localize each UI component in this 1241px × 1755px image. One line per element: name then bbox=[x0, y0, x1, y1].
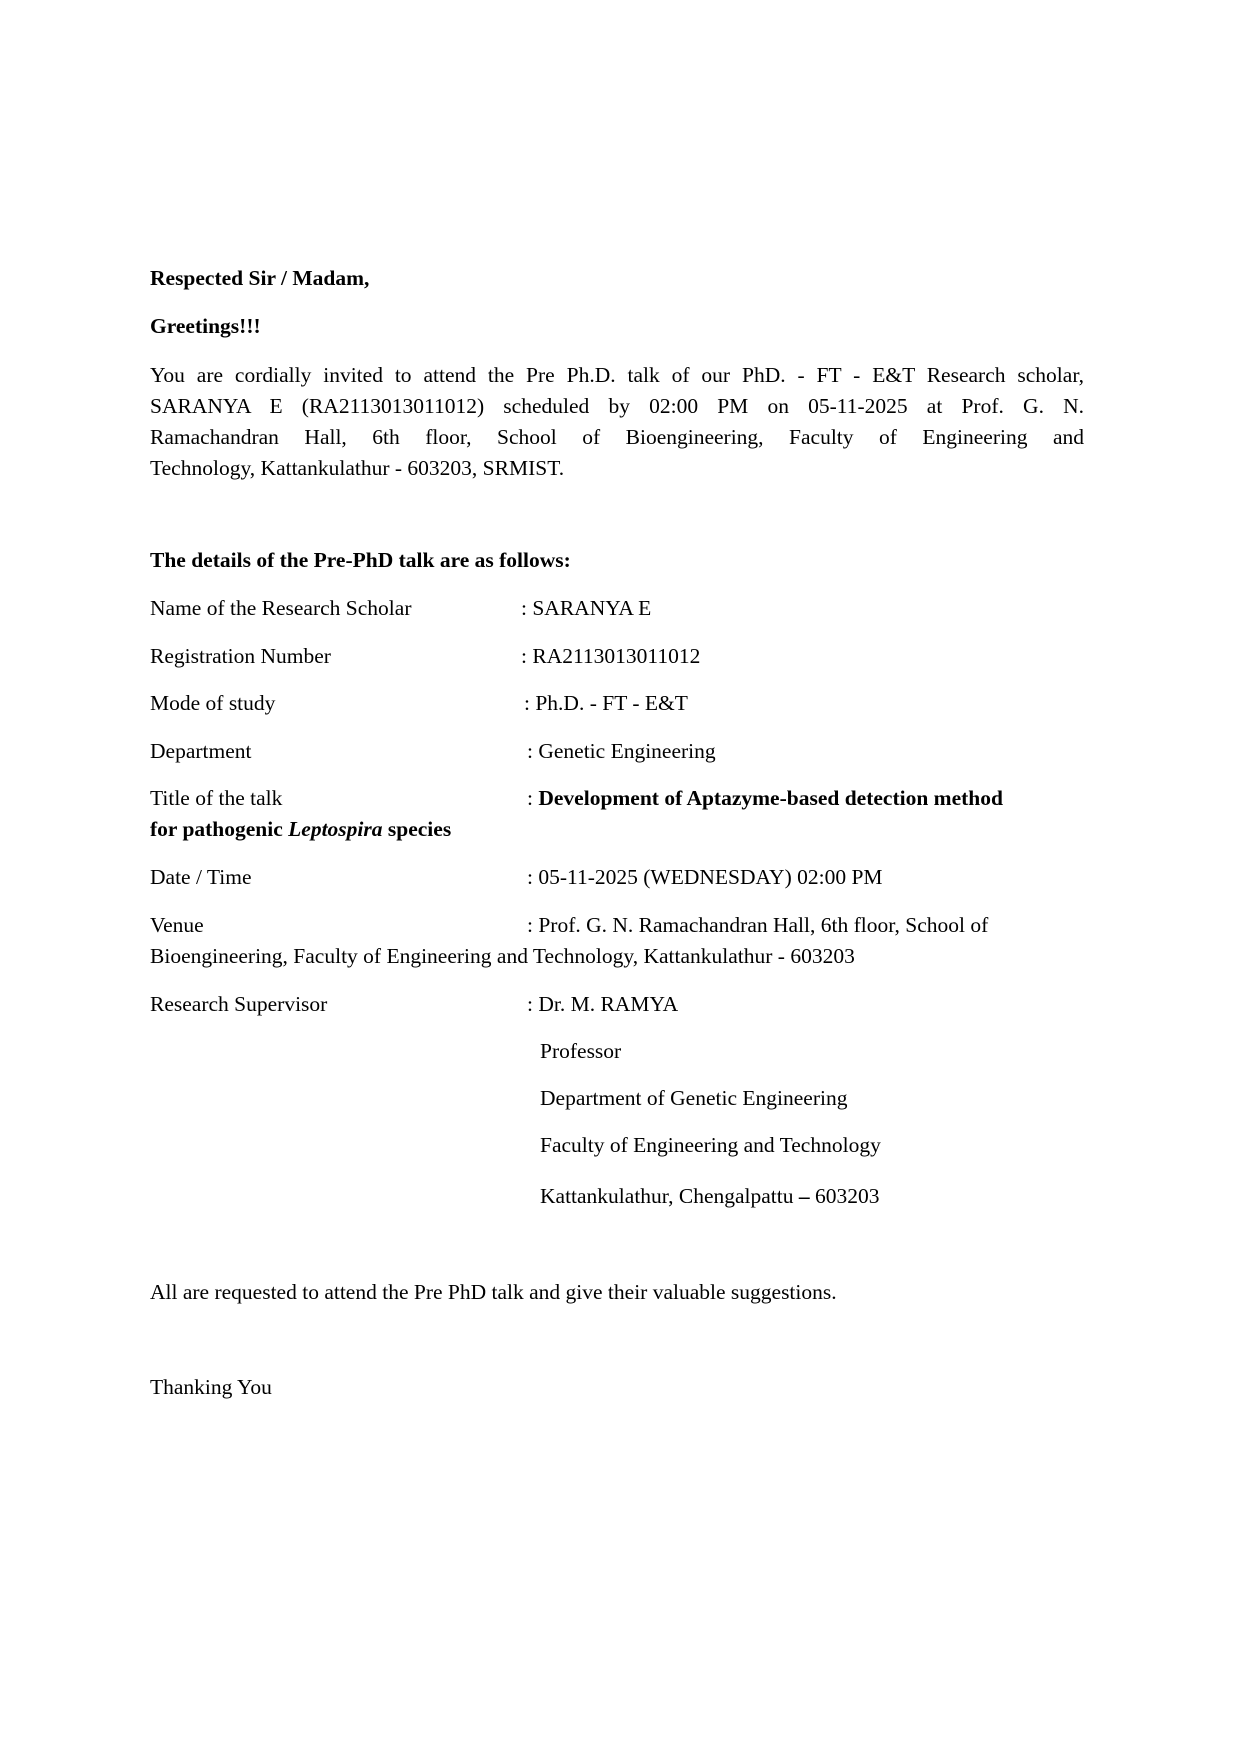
invitation-paragraph: You are cordially invited to attend the … bbox=[150, 360, 1084, 484]
datetime-label: Date / Time bbox=[150, 863, 252, 891]
supervisor-address-dash: – bbox=[799, 1184, 810, 1208]
talk-title-value: : Development of Aptazyme-based detectio… bbox=[527, 784, 1003, 812]
talk-title-line2: for pathogenic Leptospira species bbox=[150, 815, 451, 843]
invitation-line: You are cordially invited to attend the … bbox=[150, 360, 1084, 391]
department-value: : Genetic Engineering bbox=[527, 737, 716, 765]
talk-title-suffix: species bbox=[383, 817, 452, 841]
sign-off: Thanking You bbox=[150, 1373, 272, 1401]
greeting: Greetings!!! bbox=[150, 312, 261, 340]
supervisor-faculty: Faculty of Engineering and Technology bbox=[540, 1131, 881, 1159]
registration-value: : RA2113013011012 bbox=[521, 642, 700, 670]
supervisor-label: Research Supervisor bbox=[150, 990, 327, 1018]
invitation-line: Technology, Kattankulathur - 603203, SRM… bbox=[150, 453, 1084, 484]
details-heading: The details of the Pre-PhD talk are as f… bbox=[150, 546, 571, 574]
invitation-line: SARANYA E (RA2113013011012) scheduled by… bbox=[150, 391, 1084, 422]
supervisor-address-pin: 603203 bbox=[815, 1184, 880, 1208]
invitation-line: Ramachandran Hall, 6th floor, School of … bbox=[150, 422, 1084, 453]
supervisor-address: Kattankulathur, Chengalpattu – 603203 bbox=[540, 1182, 880, 1210]
scholar-name-label: Name of the Research Scholar bbox=[150, 594, 411, 622]
registration-label: Registration Number bbox=[150, 642, 331, 670]
venue-value-line2: Bioengineering, Faculty of Engineering a… bbox=[150, 942, 855, 970]
talk-title-line1: Development of Aptazyme-based detection … bbox=[538, 786, 1003, 810]
salutation: Respected Sir / Madam, bbox=[150, 264, 369, 292]
scholar-name-value: : SARANYA E bbox=[521, 594, 651, 622]
talk-title-label: Title of the talk bbox=[150, 784, 282, 812]
mode-label: Mode of study bbox=[150, 689, 275, 717]
department-label: Department bbox=[150, 737, 252, 765]
mode-value: : Ph.D. - FT - E&T bbox=[524, 689, 688, 717]
supervisor-department: Department of Genetic Engineering bbox=[540, 1084, 847, 1112]
closing-request: All are requested to attend the Pre PhD … bbox=[150, 1278, 837, 1306]
supervisor-address-place: Kattankulathur, Chengalpattu bbox=[540, 1184, 794, 1208]
datetime-value: : 05-11-2025 (WEDNESDAY) 02:00 PM bbox=[527, 863, 883, 891]
talk-title-genus: Leptospira bbox=[288, 817, 382, 841]
supervisor-designation: Professor bbox=[540, 1037, 621, 1065]
venue-value-line1: : Prof. G. N. Ramachandran Hall, 6th flo… bbox=[527, 911, 988, 939]
venue-label: Venue bbox=[150, 911, 204, 939]
talk-title-colon: : bbox=[527, 786, 538, 810]
supervisor-name: : Dr. M. RAMYA bbox=[527, 990, 678, 1018]
talk-title-prefix: for pathogenic bbox=[150, 817, 288, 841]
